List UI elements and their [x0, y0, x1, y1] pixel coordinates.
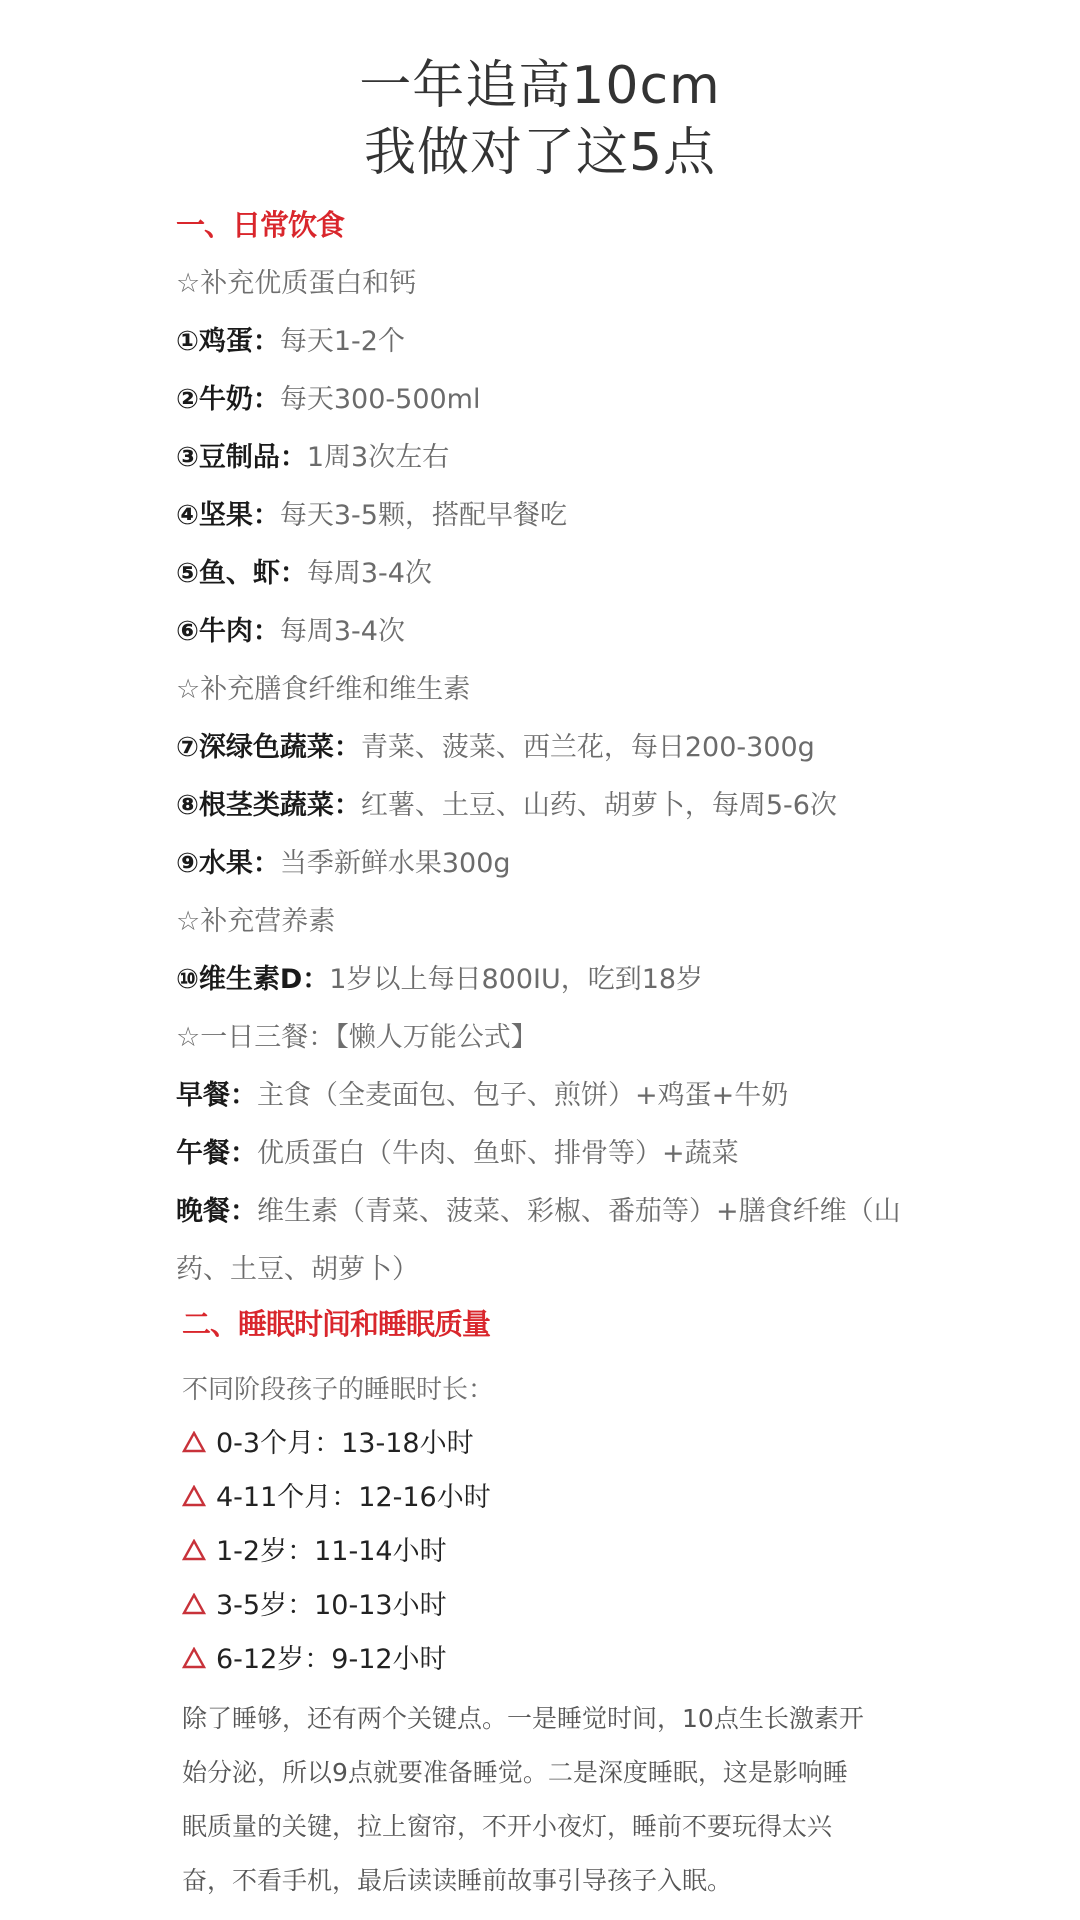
triangle-outline-icon — [182, 1485, 206, 1507]
diet-item: ④坚果：每天3-5颗，搭配早餐吃 — [176, 502, 567, 529]
triangle-outline-icon — [182, 1593, 206, 1615]
sleep-intro: 不同阶段孩子的睡眠时长： — [182, 1377, 494, 1403]
meal-label: 早餐： — [176, 1080, 257, 1111]
diet-item-value: 每天3-5颗，搭配早餐吃 — [280, 500, 567, 531]
diet-item: ①鸡蛋：每天1-2个 — [176, 328, 405, 355]
subheading-protein-calcium: ☆补充优质蛋白和钙 — [176, 270, 416, 297]
diet-item: ⑧根茎类蔬菜：红薯、土豆、山药、胡萝卜，每周5-6次 — [176, 792, 837, 819]
sleep-paragraph-line: 奋，不看手机，最后读读睡前故事引导孩子入眠。 — [182, 1868, 922, 1893]
diet-item-label: ⑧根茎类蔬菜： — [176, 790, 361, 821]
page-title-line-2: 我做对了这5点 — [0, 127, 1080, 179]
diet-item-value: 红薯、土豆、山药、胡萝卜，每周5-6次 — [361, 790, 837, 821]
diet-item-value: 每周3-4次 — [307, 558, 432, 589]
meal-item-dinner-continuation: 药、土豆、胡萝卜） — [176, 1256, 419, 1283]
section-heading-diet: 一、日常饮食 — [176, 211, 344, 240]
sleep-age: 0-3个月 — [216, 1428, 314, 1459]
meal-value: 维生素（青菜、菠菜、彩椒、番茄等）+膳食纤维（山 — [257, 1196, 901, 1227]
meal-value: 主食（全麦面包、包子、煎饼）+鸡蛋+牛奶 — [257, 1080, 788, 1111]
diet-item-value: 青菜、菠菜、西兰花，每日200-300g — [361, 732, 815, 763]
page-title-line-1: 一年追高10cm — [0, 60, 1080, 112]
subheading-fiber-vitamins: ☆补充膳食纤维和维生素 — [176, 676, 470, 703]
sleep-age: 1-2岁 — [216, 1536, 287, 1567]
separator: ： — [304, 1644, 331, 1675]
diet-item: ⑨水果：当季新鲜水果300g — [176, 850, 511, 877]
diet-item: ⑥牛肉：每周3-4次 — [176, 618, 405, 645]
sleep-paragraph-line: 除了睡够，还有两个关键点。一是睡觉时间，10点生长激素开 — [182, 1706, 922, 1731]
diet-item-value: 每天1-2个 — [280, 326, 405, 357]
sleep-age: 6-12岁 — [216, 1644, 304, 1675]
sleep-hours: 12-16小时 — [358, 1482, 490, 1513]
diet-item-label: ⑥牛肉： — [176, 616, 280, 647]
separator: ： — [331, 1482, 358, 1513]
diet-item: ⑩维生素D：1岁以上每日800IU，吃到18岁 — [176, 966, 703, 993]
diet-item-label: ④坚果： — [176, 500, 280, 531]
separator: ： — [287, 1536, 314, 1567]
subheading-three-meals: ☆一日三餐：【懒人万能公式】 — [176, 1024, 538, 1051]
separator: ： — [314, 1428, 341, 1459]
sleep-item: 1-2岁：11-14小时 — [182, 1538, 447, 1565]
sleep-hours: 13-18小时 — [341, 1428, 473, 1459]
sleep-paragraph-line: 眠质量的关键，拉上窗帘，不开小夜灯，睡前不要玩得太兴 — [182, 1814, 922, 1839]
sleep-paragraph-line: 始分泌，所以9点就要准备睡觉。二是深度睡眠，这是影响睡 — [182, 1760, 922, 1785]
diet-item-value: 当季新鲜水果300g — [280, 848, 511, 879]
meal-value: 优质蛋白（牛肉、鱼虾、排骨等）+蔬菜 — [257, 1138, 739, 1169]
diet-item-label: ②牛奶： — [176, 384, 280, 415]
triangle-outline-icon — [182, 1431, 206, 1453]
sleep-age: 3-5岁 — [216, 1590, 287, 1621]
diet-item-label: ⑤鱼、虾： — [176, 558, 307, 589]
diet-item-label: ⑨水果： — [176, 848, 280, 879]
sleep-item: 4-11个月：12-16小时 — [182, 1484, 491, 1511]
diet-item-label: ⑩维生素D： — [176, 964, 329, 995]
diet-item-label: ①鸡蛋： — [176, 326, 280, 357]
diet-item-label: ③豆制品： — [176, 442, 307, 473]
meal-item-breakfast: 早餐：主食（全麦面包、包子、煎饼）+鸡蛋+牛奶 — [176, 1082, 788, 1109]
diet-item-value: 每天300-500ml — [280, 384, 481, 415]
sleep-age: 4-11个月 — [216, 1482, 331, 1513]
diet-item: ③豆制品：1周3次左右 — [176, 444, 449, 471]
diet-item: ⑦深绿色蔬菜：青菜、菠菜、西兰花，每日200-300g — [176, 734, 815, 761]
diet-item-value: 1周3次左右 — [307, 442, 449, 473]
diet-item-value: 1岁以上每日800IU，吃到18岁 — [329, 964, 703, 995]
sleep-hours: 9-12小时 — [331, 1644, 446, 1675]
separator: ： — [287, 1590, 314, 1621]
section-heading-sleep: 二、睡眠时间和睡眠质量 — [182, 1310, 490, 1339]
sleep-item: 6-12岁：9-12小时 — [182, 1646, 447, 1673]
meal-label: 午餐： — [176, 1138, 257, 1169]
diet-item-value: 每周3-4次 — [280, 616, 405, 647]
meal-item-dinner: 晚餐：维生素（青菜、菠菜、彩椒、番茄等）+膳食纤维（山 — [176, 1198, 901, 1225]
diet-item: ②牛奶：每天300-500ml — [176, 386, 481, 413]
diet-item: ⑤鱼、虾：每周3-4次 — [176, 560, 432, 587]
sleep-hours: 10-13小时 — [314, 1590, 446, 1621]
diet-item-label: ⑦深绿色蔬菜： — [176, 732, 361, 763]
sleep-hours: 11-14小时 — [314, 1536, 446, 1567]
sleep-item: 3-5岁：10-13小时 — [182, 1592, 447, 1619]
meal-label: 晚餐： — [176, 1196, 257, 1227]
meal-item-lunch: 午餐：优质蛋白（牛肉、鱼虾、排骨等）+蔬菜 — [176, 1140, 739, 1167]
triangle-outline-icon — [182, 1539, 206, 1561]
subheading-nutrients: ☆补充营养素 — [176, 908, 335, 935]
sleep-item: 0-3个月：13-18小时 — [182, 1430, 474, 1457]
triangle-outline-icon — [182, 1647, 206, 1669]
